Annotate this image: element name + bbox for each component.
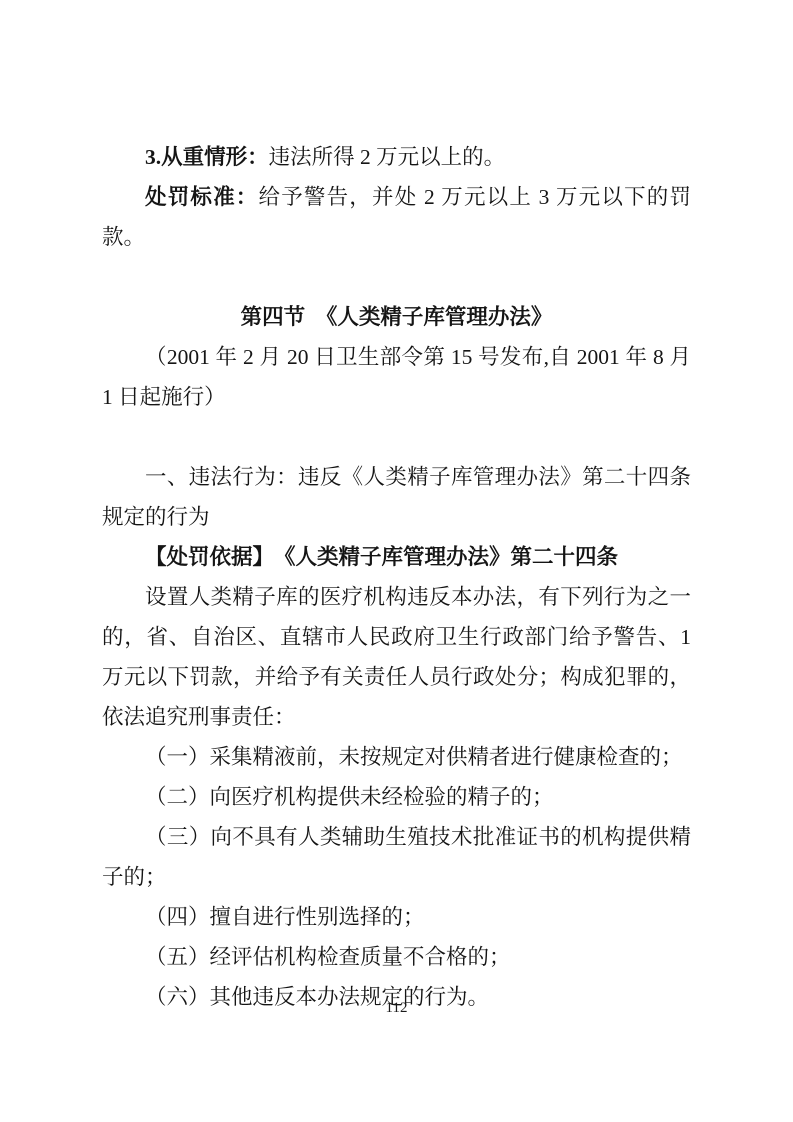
aggravating-circumstance-text: 违法所得 2 万元以上的。 [269,145,506,169]
violation-heading: 一、违法行为：违反《人类精子库管理办法》第二十四条规定的行为 [102,457,691,537]
promulgation-note: （2001 年 2 月 20 日卫生部令第 15 号发布,自 2001 年 8 … [102,337,691,417]
article-body: 设置人类精子库的医疗机构违反本办法，有下列行为之一的，省、自治区、直辖市人民政府… [102,577,691,737]
article-item-3: （三）向不具有人类辅助生殖技术批准证书的机构提供精子的； [102,817,691,897]
document-body: 3.从重情形：违法所得 2 万元以上的。 处罚标准：给予警告，并处 2 万元以上… [102,0,691,1017]
aggravating-circumstance-label: 3.从重情形： [145,145,269,169]
page-number: 112 [0,998,793,1018]
section-title: 第四节 《人类精子库管理办法》 [102,297,691,337]
article-item-4: （四）擅自进行性别选择的； [102,897,691,937]
article-item-2: （二）向医疗机构提供未经检验的精子的； [102,777,691,817]
penalty-standard-label: 处罚标准： [145,185,259,209]
article-item-1: （一）采集精液前，未按规定对供精者进行健康检查的； [102,737,691,777]
article-item-5: （五）经评估机构检查质量不合格的； [102,937,691,977]
penalty-standard-line: 处罚标准：给予警告，并处 2 万元以上 3 万元以下的罚款。 [102,177,691,257]
penalty-basis-heading: 【处罚依据】 《人类精子库管理办法》第二十四条 [102,537,691,577]
aggravating-circumstance-line: 3.从重情形：违法所得 2 万元以上的。 [102,137,691,177]
